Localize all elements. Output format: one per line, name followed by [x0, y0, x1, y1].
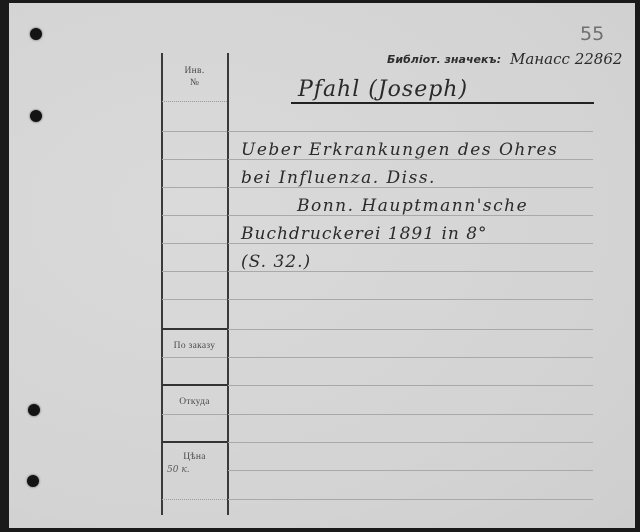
- shelfmark-value: Манасс 22862: [510, 50, 622, 68]
- title-line: (S. 32.): [241, 252, 311, 272]
- column-rule: [162, 414, 227, 415]
- punch-hole-icon: [27, 475, 39, 487]
- column-rule: [162, 499, 227, 500]
- punch-hole-icon: [28, 404, 40, 416]
- order-label: По заказу: [162, 341, 227, 351]
- author-name: Pfahl (Joseph): [298, 77, 468, 102]
- column-rule: [162, 243, 227, 244]
- source-label: Откуда: [162, 397, 227, 407]
- column-border-left: [161, 53, 163, 515]
- inv-label: Инв.: [162, 66, 227, 76]
- title-line: Buchdruckerei 1891 in 8°: [241, 224, 488, 244]
- column-rule: [162, 271, 227, 272]
- ruled-line: [228, 442, 593, 443]
- author-underline: [291, 102, 594, 104]
- page-number: 55: [580, 23, 604, 45]
- title-line: Bonn. Hauptmann'sche: [297, 196, 528, 216]
- shelfmark-label: Библіот. значекъ:: [387, 53, 501, 66]
- column-rule: [162, 357, 227, 358]
- ruled-line: [228, 499, 593, 500]
- ruled-line: [228, 329, 593, 330]
- title-line: bei Influenza. Diss.: [241, 168, 436, 188]
- column-rule: [162, 131, 227, 132]
- price-label: Цѣна: [162, 452, 227, 462]
- ruled-line: [228, 385, 593, 386]
- column-rule: [162, 101, 227, 102]
- section-divider: [162, 441, 227, 443]
- section-divider: [162, 384, 227, 386]
- ruled-line: [228, 414, 593, 415]
- punch-hole-icon: [30, 28, 42, 40]
- price-value: 50 к.: [167, 465, 190, 475]
- section-divider: [162, 328, 227, 330]
- inv-number-label: №: [162, 78, 227, 88]
- title-line: Ueber Erkrankungen des Ohres: [241, 140, 558, 160]
- column-rule: [162, 187, 227, 188]
- catalog-card: Инв. № По заказу Откуда Цѣна 50 к. 55 Би…: [9, 3, 635, 528]
- column-rule: [162, 299, 227, 300]
- column-rule: [162, 159, 227, 160]
- ruled-line: [228, 357, 593, 358]
- ruled-line: [228, 299, 593, 300]
- column-border-right: [227, 53, 229, 515]
- ruled-line: [228, 470, 593, 471]
- column-rule: [162, 215, 227, 216]
- punch-hole-icon: [30, 110, 42, 122]
- ruled-line: [228, 131, 593, 132]
